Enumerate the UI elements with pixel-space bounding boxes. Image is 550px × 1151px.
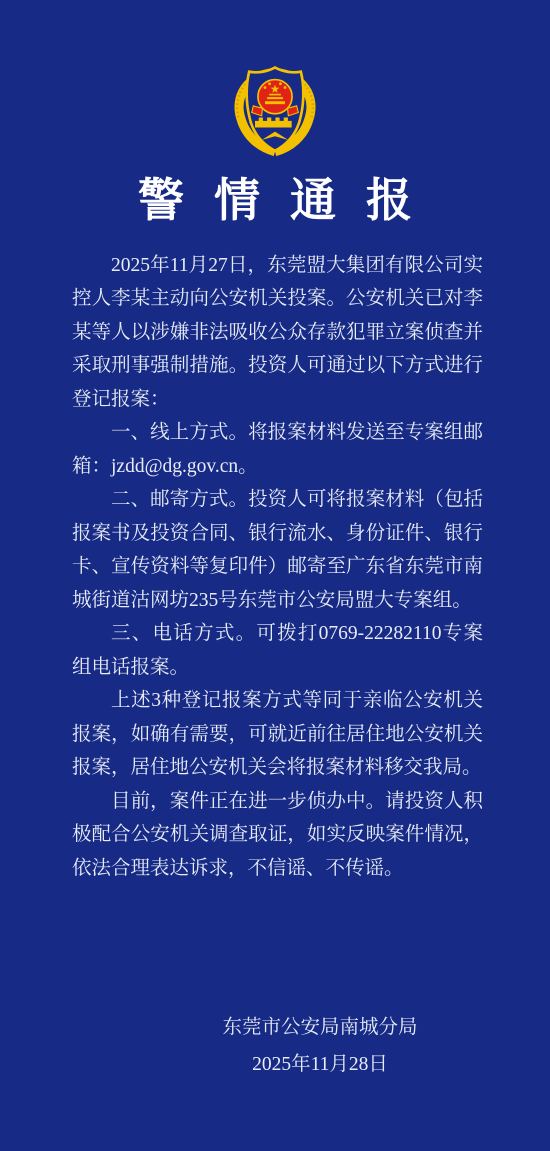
notice-paragraph-phone-method: 三、电话方式。可拨打0769-22282110专案组电话报案。	[72, 617, 483, 684]
notice-paragraph-equivalence: 上述3种登记报案方式等同于亲临公安机关报案，如确有需要，可就近前往居住地公安机关…	[72, 684, 483, 785]
notice-body: 2025年11月27日，东莞盟大集团有限公司实控人李某主动向公安机关投案。公安机…	[72, 249, 483, 886]
issuing-agency: 东莞市公安局南城分局	[45, 1009, 550, 1046]
notice-paragraph-mail-method: 二、邮寄方式。投资人可将报案材料（包括报案书及投资合同、银行流水、身份证件、银行…	[72, 483, 483, 617]
police-notice-page: 警情通报 2025年11月27日，东莞盟大集团有限公司实控人李某主动向公安机关投…	[0, 0, 550, 1151]
notice-paragraph-online-method: 一、线上方式。将报案材料发送至专案组邮箱：jzdd@dg.gov.cn。	[72, 416, 483, 483]
signature-block: 东莞市公安局南城分局 2025年11月28日	[45, 1009, 550, 1083]
notice-title: 警情通报	[0, 176, 550, 227]
police-badge-icon	[225, 64, 325, 156]
police-badge-svg	[225, 64, 325, 156]
notice-paragraph-closing: 目前，案件正在进一步侦办中。请投资人积极配合公安机关调查取证，如实反映案件情况，…	[72, 785, 483, 886]
notice-paragraph-intro: 2025年11月27日，东莞盟大集团有限公司实控人李某主动向公安机关投案。公安机…	[72, 249, 483, 417]
issue-date: 2025年11月28日	[45, 1046, 550, 1083]
